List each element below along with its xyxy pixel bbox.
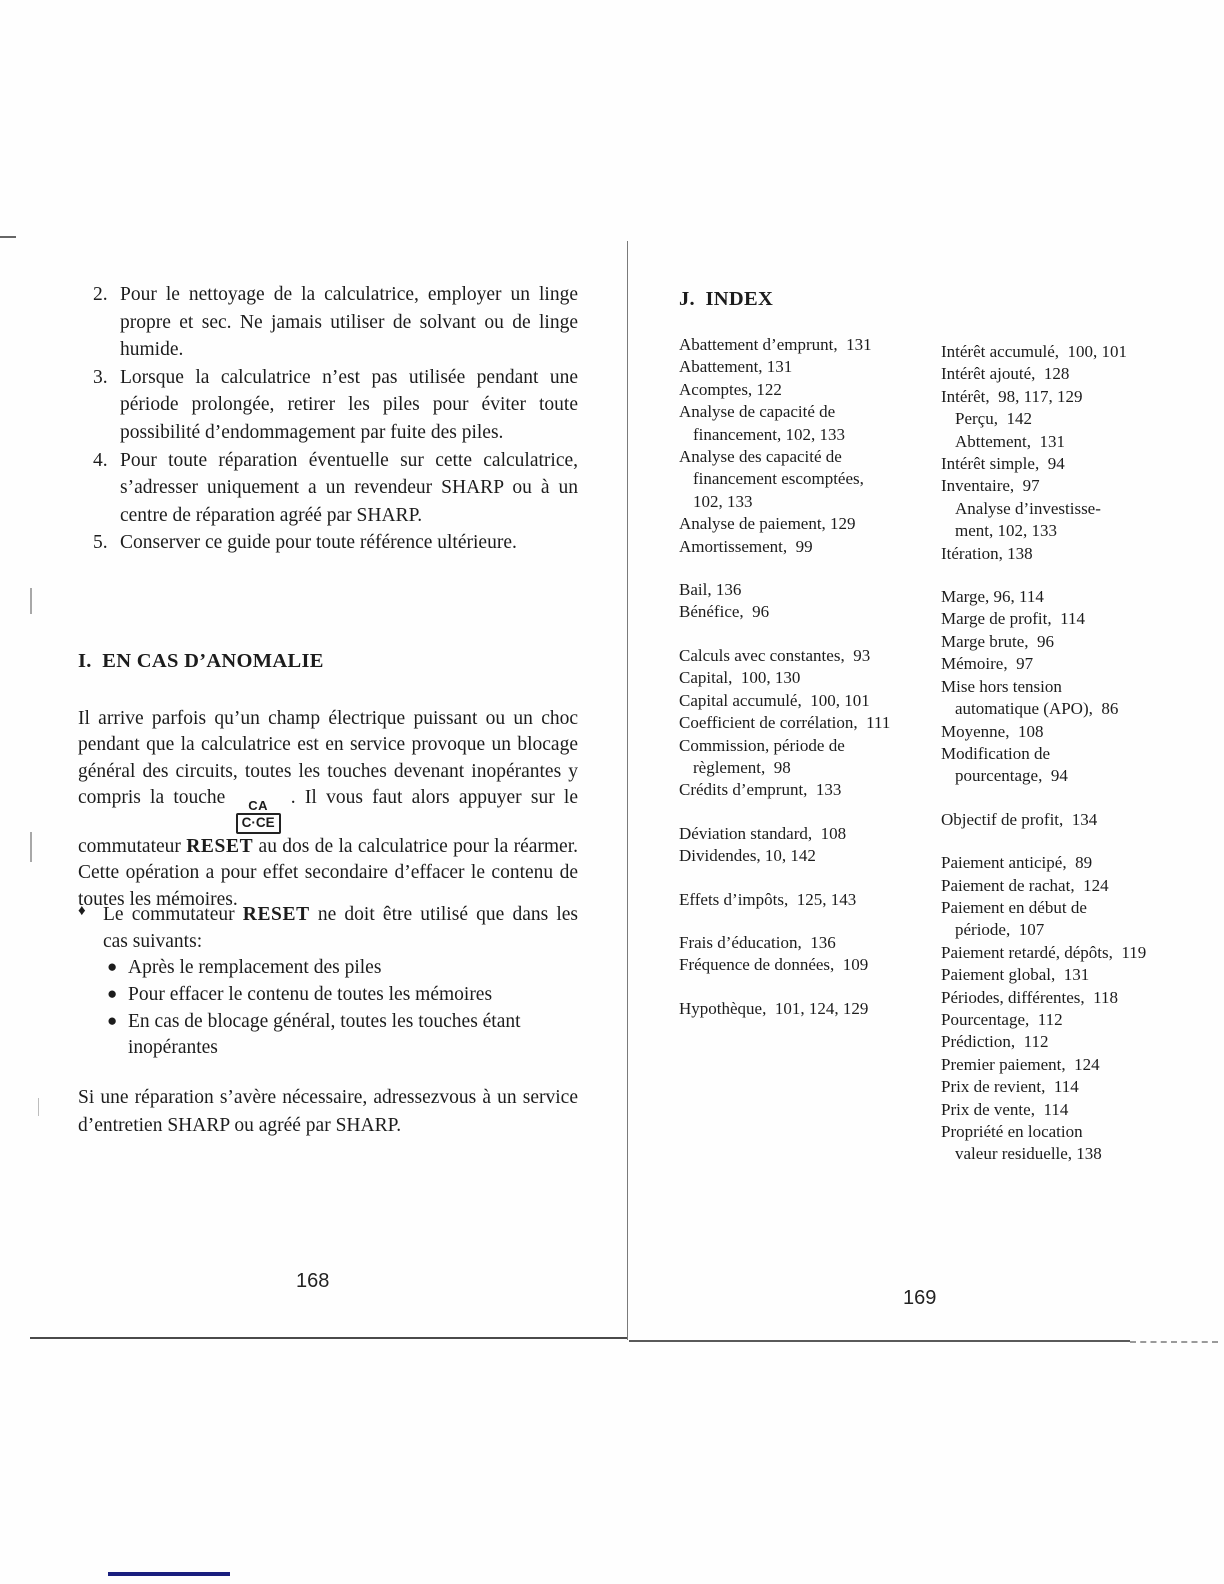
list-item-number: 4.	[93, 447, 108, 475]
index-entry: Marge, 96, 114	[941, 586, 1211, 608]
bullet-list: ● Après le remplacement des piles ● Pour…	[128, 955, 580, 1062]
index-entry: financement, 102, 133	[679, 424, 929, 446]
index-entry: automatique (APO), 86	[941, 698, 1211, 720]
reset-keyword: RESET	[186, 836, 253, 857]
index-entry: Paiement anticipé, 89	[941, 852, 1211, 874]
bullet-text: Après le remplacement des piles	[128, 957, 381, 978]
numbered-list: 2. Pour le nettoyage de la calculatrice,…	[120, 281, 578, 557]
index-entry: Déviation standard, 108	[679, 823, 929, 845]
index-group: Intérêt accumulé, 100, 101Intérêt ajouté…	[941, 341, 1211, 565]
index-group: Paiement anticipé, 89Paiement de rachat,…	[941, 852, 1211, 1166]
scan-mark	[30, 832, 32, 862]
index-entry: Modification de	[941, 743, 1211, 765]
diamond-bullet-icon: ♦	[78, 903, 86, 920]
reset-keyword: RESET	[243, 904, 310, 925]
index-entry: Amortissement, 99	[679, 536, 929, 558]
index-entry: Crédits d’emprunt, 133	[679, 779, 929, 801]
index-entry: Intérêt, 98, 117, 129	[941, 386, 1211, 408]
list-item: 4. Pour toute réparation éventuelle sur …	[120, 447, 578, 530]
scan-mark	[38, 1098, 39, 1116]
index-entry: règlement, 98	[679, 757, 929, 779]
index-entry: Frais d’éducation, 136	[679, 932, 929, 954]
page-number-168: 168	[296, 1270, 329, 1293]
index-entry: période, 107	[941, 919, 1211, 941]
index-entry: Objectif de profit, 134	[941, 809, 1211, 831]
bullet-text: En cas de blocage général, toutes les to…	[128, 1011, 521, 1059]
scan-mark	[30, 588, 32, 614]
bullet-icon: ●	[107, 954, 117, 981]
index-entry: Commission, période de	[679, 735, 929, 757]
index-group: Bail, 136Bénéfice, 96	[679, 579, 929, 624]
index-entry: pourcentage, 94	[941, 765, 1211, 787]
index-entry: Calculs avec constantes, 93	[679, 645, 929, 667]
index-entry: Intérêt ajouté, 128	[941, 363, 1211, 385]
index-entry: Mise hors tension	[941, 676, 1211, 698]
index-entry: Capital accumulé, 100, 101	[679, 690, 929, 712]
index-entry: Abattement d’emprunt, 131	[679, 334, 929, 356]
list-item-text: Pour toute réparation éventuelle sur cet…	[120, 450, 578, 526]
index-entry: Intérêt accumulé, 100, 101	[941, 341, 1211, 363]
index-group: Abattement d’emprunt, 131Abattement, 131…	[679, 334, 929, 558]
page-number-169: 169	[903, 1287, 936, 1310]
list-item-text: Lorsque la calculatrice n’est pas utilis…	[120, 367, 578, 443]
list-item-number: 2.	[93, 281, 108, 309]
index-entry: Capital, 100, 130	[679, 667, 929, 689]
index-entry: Itération, 138	[941, 543, 1211, 565]
index-entry: Fréquence de données, 109	[679, 954, 929, 976]
list-item-text: Conserver ce guide pour toute référence …	[120, 532, 517, 553]
list-item: 2. Pour le nettoyage de la calculatrice,…	[120, 281, 578, 364]
index-group: Frais d’éducation, 136Fréquence de donné…	[679, 932, 929, 977]
list-item: 5. Conserver ce guide pour toute référen…	[120, 529, 578, 557]
index-entry: Paiement global, 131	[941, 964, 1211, 986]
index-entry: Analyse de capacité de	[679, 401, 929, 423]
index-entry: Intérêt simple, 94	[941, 453, 1211, 475]
reset-note: ♦ Le commutateur RESET ne doit être util…	[78, 901, 578, 955]
bullet-item: ● En cas de blocage général, toutes les …	[128, 1009, 580, 1063]
index-entry: Abttement, 131	[941, 431, 1211, 453]
index-group: Objectif de profit, 134	[941, 809, 1211, 831]
manual-scan-spread: 2. Pour le nettoyage de la calculatrice,…	[0, 0, 1224, 1584]
index-entry: Acomptes, 122	[679, 379, 929, 401]
index-group: Hypothèque, 101, 124, 129	[679, 998, 929, 1020]
bullet-item: ● Après le remplacement des piles	[128, 955, 580, 982]
index-entry: Hypothèque, 101, 124, 129	[679, 998, 929, 1020]
index-group: Effets d’impôts, 125, 143	[679, 889, 929, 911]
index-entry: Paiement en début de	[941, 897, 1211, 919]
bullet-item: ● Pour effacer le contenu de toutes les …	[128, 982, 580, 1009]
index-entry: 102, 133	[679, 491, 929, 513]
scan-dash-topleft	[0, 236, 16, 238]
index-entry: Paiement retardé, dépôts, 119	[941, 942, 1211, 964]
list-item: 3. Lorsque la calculatrice n’est pas uti…	[120, 364, 578, 447]
section-heading: I. EN CAS D’ANOMALIE	[78, 650, 324, 673]
index-entry: Prix de vente, 114	[941, 1099, 1211, 1121]
key-top-label: CA	[248, 799, 268, 812]
ca-ce-key-icon: CAC·CE	[236, 799, 281, 834]
index-entry: Propriété en location	[941, 1121, 1211, 1143]
page-divider-line	[627, 241, 628, 1340]
index-entry: financement escomptées,	[679, 468, 929, 490]
index-column-right: Intérêt accumulé, 100, 101Intérêt ajouté…	[941, 341, 1211, 1187]
index-entry: Effets d’impôts, 125, 143	[679, 889, 929, 911]
index-group: Déviation standard, 108Dividendes, 10, 1…	[679, 823, 929, 868]
index-group: Calculs avec constantes, 93Capital, 100,…	[679, 645, 929, 802]
index-entry: Prix de revient, 114	[941, 1076, 1211, 1098]
bottom-rule-left	[30, 1337, 627, 1339]
note-text-part: Le commutateur	[103, 904, 243, 925]
index-column-left: Abattement d’emprunt, 131Abattement, 131…	[679, 334, 929, 1041]
index-heading: J. INDEX	[679, 288, 773, 311]
index-entry: Abattement, 131	[679, 356, 929, 378]
bullet-icon: ●	[107, 981, 117, 1008]
list-item-text: Pour le nettoyage de la calculatrice, em…	[120, 284, 578, 360]
index-entry: Moyenne, 108	[941, 721, 1211, 743]
index-entry: Analyse de paiement, 129	[679, 513, 929, 535]
bottom-rule-dashed-tail	[1130, 1341, 1218, 1343]
index-entry: Périodes, différentes, 118	[941, 987, 1211, 1009]
list-item-number: 3.	[93, 364, 108, 392]
index-entry: Paiement de rachat, 124	[941, 875, 1211, 897]
index-entry: Premier paiement, 124	[941, 1054, 1211, 1076]
index-entry: ment, 102, 133	[941, 520, 1211, 542]
note-text: Le commutateur RESET ne doit être utilis…	[103, 901, 578, 955]
index-entry: Bénéfice, 96	[679, 601, 929, 623]
index-entry: Coefficient de corrélation, 111	[679, 712, 929, 734]
index-entry: Bail, 136	[679, 579, 929, 601]
key-box-label: C·CE	[236, 813, 281, 834]
bullet-icon: ●	[107, 1008, 117, 1035]
index-entry: Perçu, 142	[941, 408, 1211, 430]
footer-navy-bar	[108, 1572, 230, 1576]
index-entry: Pourcentage, 112	[941, 1009, 1211, 1031]
closing-paragraph: Si une réparation s’avère nécessaire, ad…	[78, 1084, 578, 1140]
index-entry: Mémoire, 97	[941, 653, 1211, 675]
index-entry: Inventaire, 97	[941, 475, 1211, 497]
index-entry: Dividendes, 10, 142	[679, 845, 929, 867]
index-entry: Marge brute, 96	[941, 631, 1211, 653]
list-item-number: 5.	[93, 529, 108, 557]
index-group: Marge, 96, 114Marge de profit, 114Marge …	[941, 586, 1211, 788]
index-entry: Analyse des capacité de	[679, 446, 929, 468]
index-entry: valeur residuelle, 138	[941, 1143, 1211, 1165]
bottom-rule-right	[629, 1340, 1130, 1342]
index-entry: Marge de profit, 114	[941, 608, 1211, 630]
bullet-text: Pour effacer le contenu de toutes les mé…	[128, 984, 492, 1005]
index-entry: Analyse d’investisse-	[941, 498, 1211, 520]
index-entry: Prédiction, 112	[941, 1031, 1211, 1053]
anomaly-paragraph: Il arrive parfois qu’un champ électrique…	[78, 706, 578, 914]
